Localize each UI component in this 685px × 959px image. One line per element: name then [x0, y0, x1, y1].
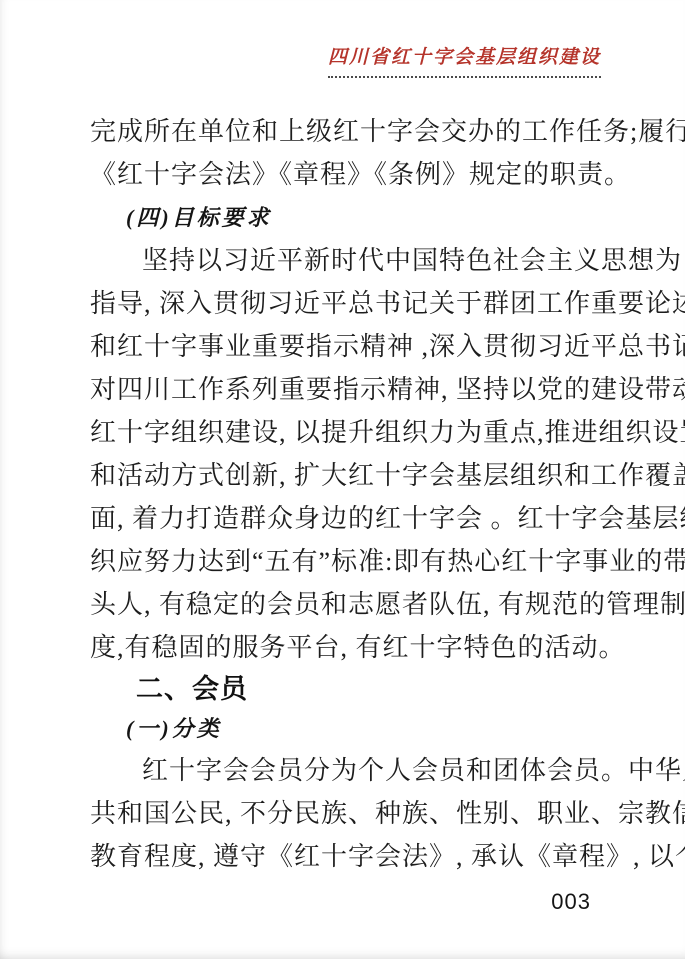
running-header: 四川省红十字会基层组织建设	[328, 42, 601, 78]
book-page: 四川省红十字会基层组织建设 完成所在单位和上级红十字会交办的工作任务;履行 《红…	[0, 0, 685, 959]
text-line: 和活动方式创新, 扩大红十字会基层组织和工作覆盖	[90, 454, 602, 497]
text-line: 头人, 有稳定的会员和志愿者队伍, 有规范的管理制	[90, 583, 602, 626]
text-line: 和红十字事业重要指示精神 ,深入贯彻习近平总书记	[90, 325, 602, 368]
section-heading-goals: (四)目标要求	[126, 196, 602, 239]
text-line: 教育程度, 遵守《红十字会法》, 承认《章程》, 以个人	[90, 835, 602, 878]
text-line: 完成所在单位和上级红十字会交办的工作任务;履行	[90, 110, 602, 153]
paragraph-duties: 完成所在单位和上级红十字会交办的工作任务;履行 《红十字会法》《章程》《条例》规…	[90, 110, 602, 196]
text-line: 面, 着力打造群众身边的红十字会 。红十字会基层组	[90, 497, 602, 540]
paragraph-goals: 坚持以习近平新时代中国特色社会主义思想为 指导, 深入贯彻习近平总书记关于群团工…	[90, 239, 602, 669]
text-line: 指导, 深入贯彻习近平总书记关于群团工作重要论述	[90, 282, 602, 325]
page-header-title: 四川省红十字会基层组织建设	[328, 42, 601, 78]
section-heading-classification: (一)分类	[126, 709, 602, 749]
text-line: 红十字组织建设, 以提升组织力为重点,推进组织设置	[90, 411, 602, 454]
page-number: 003	[551, 889, 591, 915]
text-line: 织应努力达到“五有”标准:即有热心红十字事业的带	[90, 540, 602, 583]
text-line: 对四川工作系列重要指示精神, 坚持以党的建设带动	[90, 368, 602, 411]
paragraph-membership: 红十字会会员分为个人会员和团体会员。中华人民 共和国公民, 不分民族、种族、性别…	[90, 749, 602, 878]
text-line: 《红十字会法》《章程》《条例》规定的职责。	[90, 153, 602, 196]
chapter-heading-members: 二、会员	[136, 669, 602, 709]
text-line: 度,有稳固的服务平台, 有红十字特色的活动。	[90, 626, 602, 669]
text-line: 共和国公民, 不分民族、种族、性别、职业、宗教信仰、	[90, 792, 602, 835]
text-line: 坚持以习近平新时代中国特色社会主义思想为	[90, 239, 602, 282]
page-body: 完成所在单位和上级红十字会交办的工作任务;履行 《红十字会法》《章程》《条例》规…	[90, 110, 602, 878]
text-line: 红十字会会员分为个人会员和团体会员。中华人民	[90, 749, 602, 792]
